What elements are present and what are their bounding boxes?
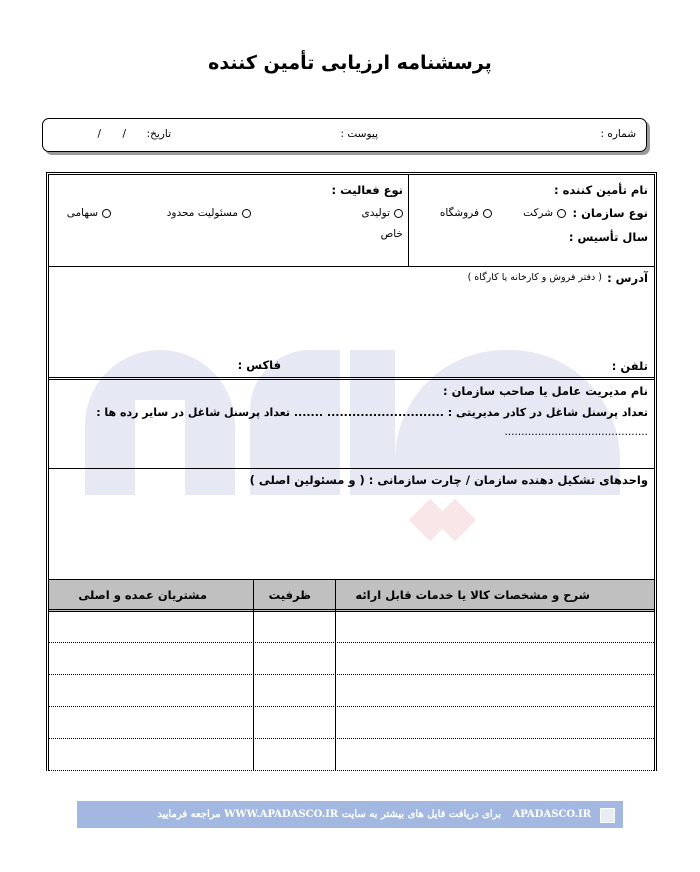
radio-icon[interactable] (102, 209, 111, 218)
radio-icon[interactable] (557, 209, 566, 218)
org-type-label: نوع سازمان : (573, 206, 649, 220)
table-row[interactable] (49, 770, 654, 771)
activity-extra-label: خاص (381, 228, 403, 240)
org-type-option-company[interactable]: شرکت (523, 207, 566, 219)
date-field[interactable]: تاریخ: (147, 128, 171, 140)
address-field[interactable]: آدرس : (607, 271, 648, 285)
phone-field[interactable]: تلفن : (612, 359, 648, 373)
management-section: نام مدیریت عامل یا صاحب سازمان : تعداد پ… (49, 380, 654, 469)
supplier-name-field[interactable]: نام تأمین کننده : (554, 183, 648, 197)
footer-message[interactable]: برای دریافت فایل های بیشتر به سایت WWW.A… (157, 809, 501, 820)
header-box: شماره : پیوست : تاریخ: / / (42, 118, 647, 152)
address-hint: ( دفتر فروش و کارخانه یا کارگاه ) (468, 272, 602, 283)
date-separator: / (122, 128, 126, 140)
column-divider (408, 175, 409, 266)
fax-field[interactable]: فاکس : (238, 358, 281, 372)
founded-year-field[interactable]: سال تأسیس : (569, 230, 648, 244)
column-header-customers: مشتریان عمده و اصلی (78, 588, 207, 602)
document-title: پرسشنامه ارزیابی تأمین کننده (0, 52, 700, 74)
org-units-field[interactable]: واحدهای تشکیل دهنده سازمان / چارت سازمان… (250, 473, 648, 487)
footer-brand[interactable]: APADASCO.IR (512, 809, 591, 820)
number-field[interactable]: شماره : (600, 128, 636, 140)
column-divider (253, 579, 254, 771)
address-section: آدرس : ( دفتر فروش و کارخانه یا کارگاه )… (49, 266, 654, 380)
questionnaire-form: نام تأمین کننده : نوع سازمان : شرکت فروش… (46, 172, 657, 771)
column-header-description: شرح و مشخصات کالا یا خدمات قابل ارائه (355, 588, 590, 602)
staff-count-field[interactable]: تعداد پرسنل شاغل در کادر مدیریتی : .....… (96, 406, 648, 419)
org-type-option-store[interactable]: فروشگاه (440, 207, 492, 219)
column-header-capacity: ظرفیت (269, 588, 311, 602)
supplier-section: نام تأمین کننده : نوع سازمان : شرکت فروش… (49, 175, 654, 267)
activity-option-llc[interactable]: مسئولیت محدود (167, 207, 251, 219)
site-logo-icon (600, 808, 615, 823)
table-row[interactable] (49, 642, 654, 643)
activity-type-label: نوع فعالیت : (331, 183, 403, 197)
table-row[interactable] (49, 706, 654, 707)
radio-icon[interactable] (242, 209, 251, 218)
staff-count-dots: ........................................… (504, 426, 648, 438)
attachment-field[interactable]: پیوست : (341, 128, 379, 140)
radio-icon[interactable] (483, 209, 492, 218)
org-units-section: واحدهای تشکیل دهنده سازمان / چارت سازمان… (49, 468, 654, 579)
radio-icon[interactable] (394, 209, 403, 218)
table-row[interactable] (49, 674, 654, 675)
table-row[interactable] (49, 738, 654, 739)
date-separator: / (97, 128, 101, 140)
column-divider (335, 579, 336, 771)
ceo-name-field[interactable]: نام مدیریت عامل یا صاحب سازمان : (443, 384, 648, 398)
footer-banner: APADASCO.IR برای دریافت فایل های بیشتر ب… (77, 801, 623, 828)
products-table-header: شرح و مشخصات کالا یا خدمات قابل ارائه ظر… (49, 579, 654, 612)
activity-option-joint-stock[interactable]: سهامی (67, 207, 111, 219)
activity-option-production[interactable]: تولیدی (362, 207, 403, 219)
